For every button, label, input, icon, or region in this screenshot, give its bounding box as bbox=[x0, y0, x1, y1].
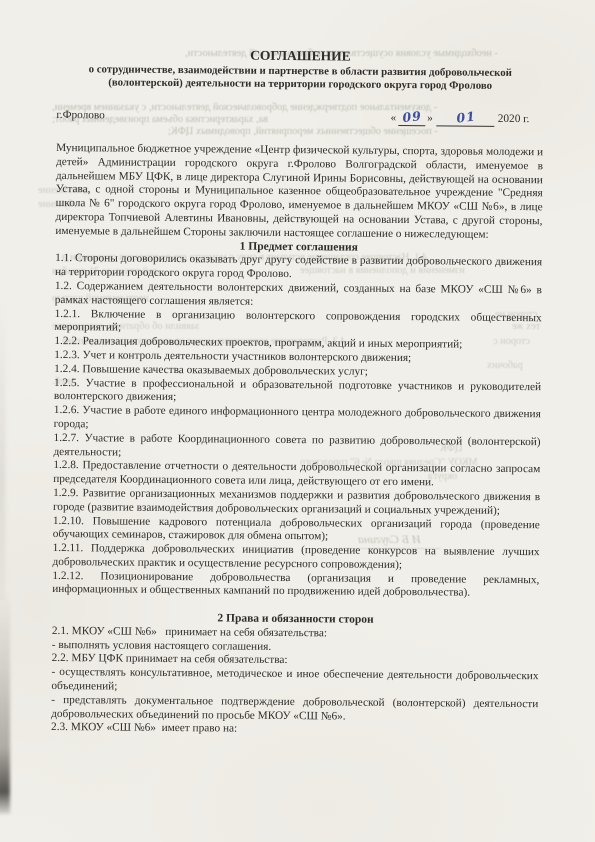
scan-edge-artifact-upper bbox=[0, 300, 5, 600]
clause-2-2-dash-1: - осуществлять консультативное, методиче… bbox=[51, 666, 538, 698]
document-subtitle: о сотрудничестве, взаимодействии и партн… bbox=[57, 63, 544, 94]
date-close-quote: » bbox=[427, 112, 433, 126]
clause-1-2-8: 1.2.8. Предоставление отчетности о деяте… bbox=[53, 459, 540, 491]
clause-1-1: 1.1. Стороны договорились оказывать друг… bbox=[55, 252, 542, 284]
clause-1-2-1: 1.2.1. Включение в организацию волонтерс… bbox=[54, 308, 541, 340]
date-open-quote: « bbox=[390, 112, 396, 126]
date-year: 2020 г. bbox=[498, 113, 530, 127]
clause-1-2-12: 1.2.12. Позиционирование добровольчества… bbox=[52, 570, 539, 602]
preamble-paragraph: Муниципальное бюджетное учреждение «Цент… bbox=[55, 142, 543, 243]
scan-edge-artifact bbox=[0, 592, 10, 814]
place-date-row: г.Фролово « 09 » 01 2020 г. bbox=[56, 109, 543, 127]
clause-1-2-10: 1.2.10. Повышение кадрового потенциала д… bbox=[53, 514, 540, 546]
date-day-blank: 09 bbox=[398, 112, 425, 126]
date-day-handwritten: 09 bbox=[401, 110, 422, 123]
clause-2-3: 2.3. МКОУ «СШ №6» имеет право на: bbox=[51, 721, 538, 739]
date-field: « 09 » 01 2020 г. bbox=[390, 112, 529, 127]
clause-1-2-6: 1.2.6. Участие в работе единого информац… bbox=[54, 404, 541, 436]
clause-1-2: 1.2. Содержанием деятельности волонтерск… bbox=[55, 280, 542, 312]
document-title: СОГЛАШЕНИЕ bbox=[57, 47, 544, 65]
date-month-blank: 01 bbox=[437, 112, 495, 127]
date-month-handwritten: 01 bbox=[456, 110, 477, 123]
clause-1-2-5: 1.2.5. Участие в профессиональной и обра… bbox=[54, 377, 541, 409]
clause-1-2-7: 1.2.7. Участие в работе Координационного… bbox=[53, 432, 540, 464]
document-content: СОГЛАШЕНИЕ о сотрудничестве, взаимодейст… bbox=[51, 47, 544, 739]
clause-1-2-9: 1.2.9. Развитие организационных механизм… bbox=[53, 487, 540, 519]
clause-2-2-dash-2: - представлять документальное подтвержде… bbox=[51, 694, 538, 726]
clause-1-2-11: 1.2.11. Поддержка добровольческих инициа… bbox=[52, 542, 539, 574]
place-label: г.Фролово bbox=[56, 109, 105, 123]
